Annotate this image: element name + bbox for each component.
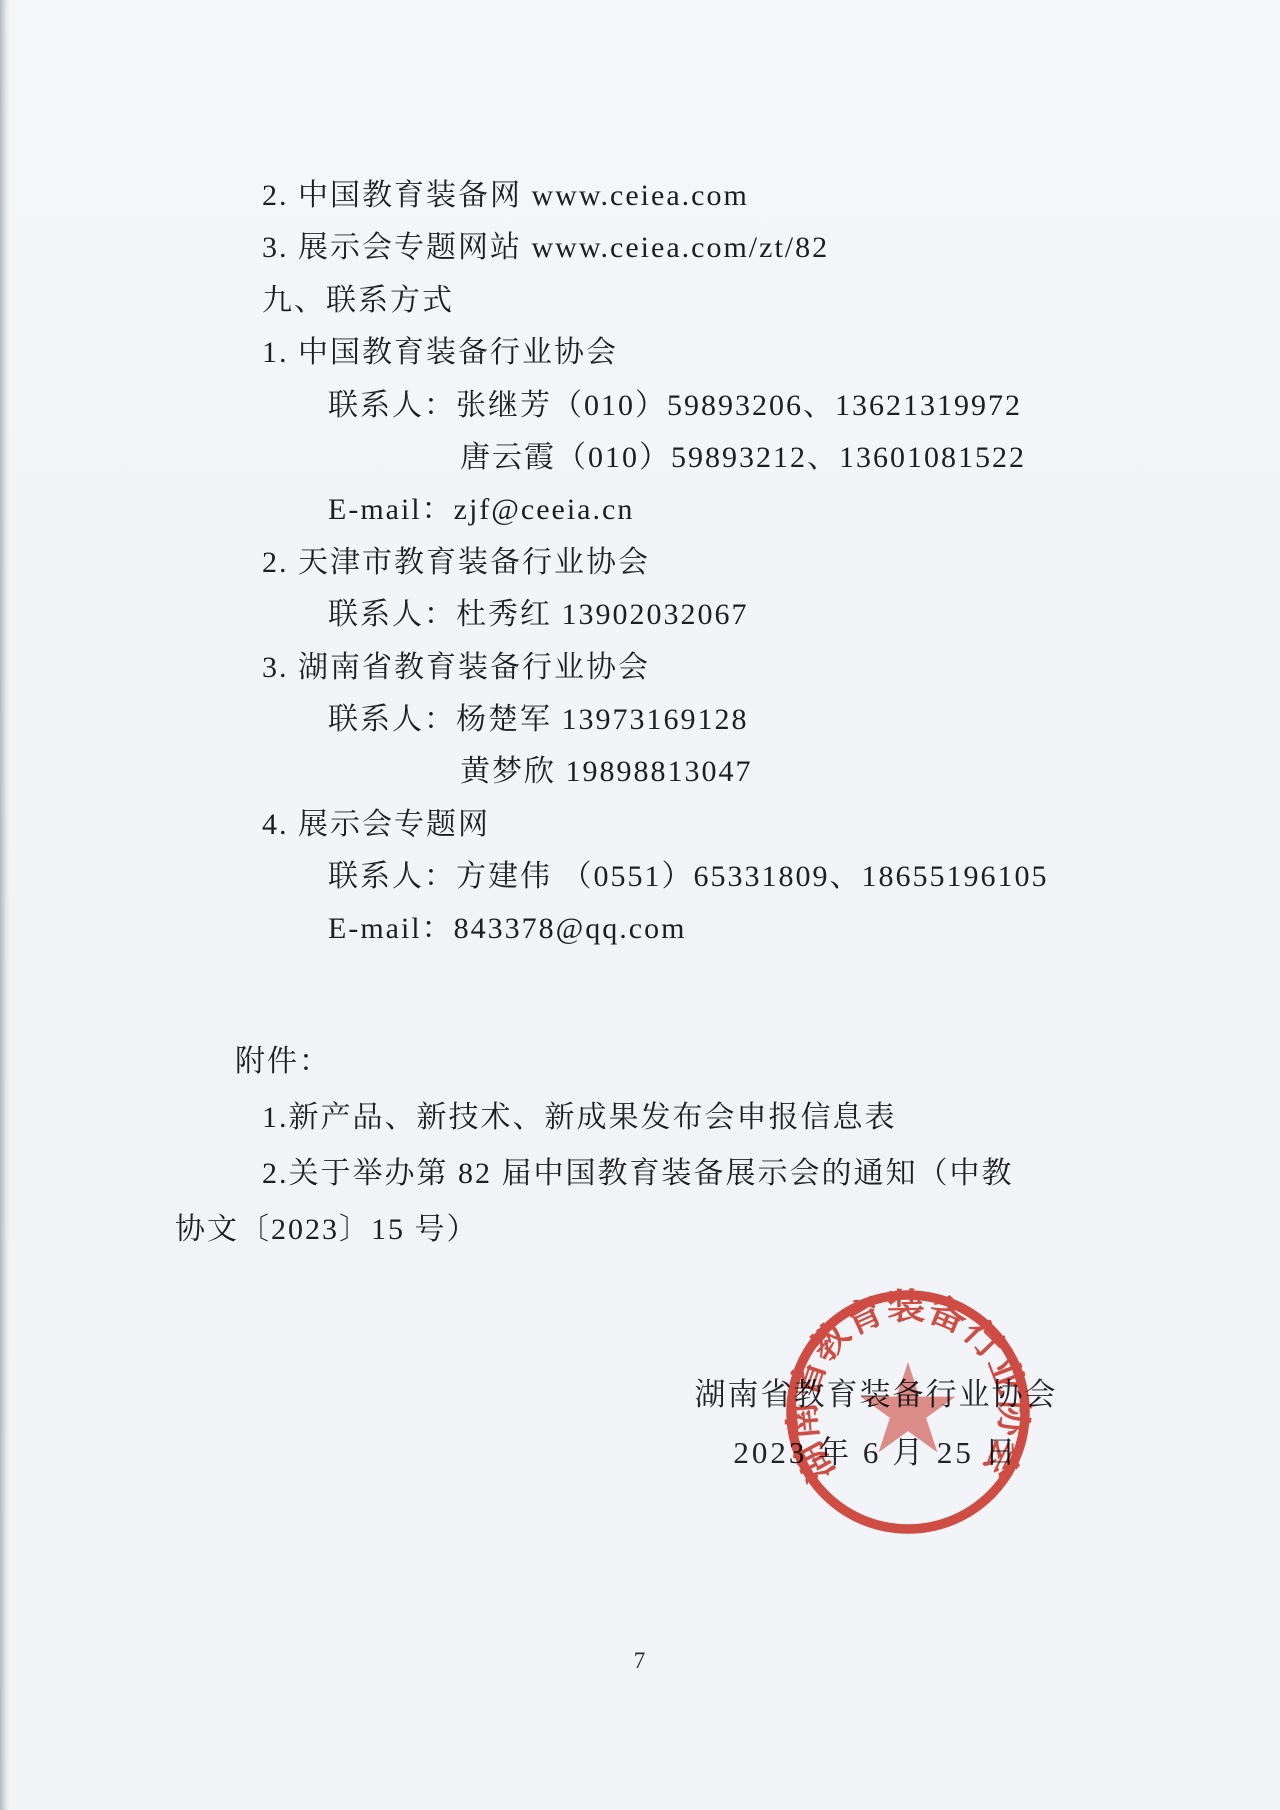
email-line: E-mail：zjf@ceeia.cn: [175, 484, 1185, 536]
text-line: 3. 展示会专题网站 www.ceiea.com/zt/82: [175, 222, 1185, 274]
email-line: E-mail：843378@qq.com: [175, 903, 1185, 955]
document-body: 2. 中国教育装备网 www.ceiea.com 3. 展示会专题网站 www.…: [175, 170, 1185, 1258]
page-number: 7: [0, 1648, 1280, 1674]
scan-edge-shadow: [0, 0, 10, 1810]
text-line: 2. 中国教育装备网 www.ceiea.com: [175, 170, 1185, 222]
contact-line: 黄梦欣 19898813047: [175, 746, 1185, 798]
seal-star-icon: [861, 1362, 956, 1452]
contact-line: 联系人：张继芳（010）59893206、13621319972: [175, 380, 1185, 432]
text-line: 4. 展示会专题网: [175, 799, 1185, 851]
section-heading: 九、联系方式: [175, 275, 1185, 327]
attachment-item: 2.关于举办第 82 届中国教育装备展示会的通知（中教: [175, 1146, 1185, 1202]
attachments-label: 附件：: [175, 1034, 1185, 1090]
contact-line: 唐云霞（010）59893212、13601081522: [175, 432, 1185, 484]
contact-line: 联系人：杜秀红 13902032067: [175, 589, 1185, 641]
text-line: 3. 湖南省教育装备行业协会: [175, 642, 1185, 694]
attachment-item-continuation: 协文〔2023〕15 号）: [175, 1202, 1185, 1258]
attachment-item: 1.新产品、新技术、新成果发布会申报信息表: [175, 1090, 1185, 1146]
contact-line: 联系人：方建伟 （0551）65331809、18655196105: [175, 851, 1185, 903]
text-line: 2. 天津市教育装备行业协会: [175, 537, 1185, 589]
official-seal: 湖南省教育装备行业协会: [778, 1282, 1038, 1542]
attachments-section: 附件： 1.新产品、新技术、新成果发布会申报信息表 2.关于举办第 82 届中国…: [175, 1034, 1185, 1258]
text-line: 1. 中国教育装备行业协会: [175, 327, 1185, 379]
document-page: 2. 中国教育装备网 www.ceiea.com 3. 展示会专题网站 www.…: [0, 0, 1280, 1810]
contact-line: 联系人：杨楚军 13973169128: [175, 694, 1185, 746]
paragraph-gap: [175, 956, 1185, 1034]
